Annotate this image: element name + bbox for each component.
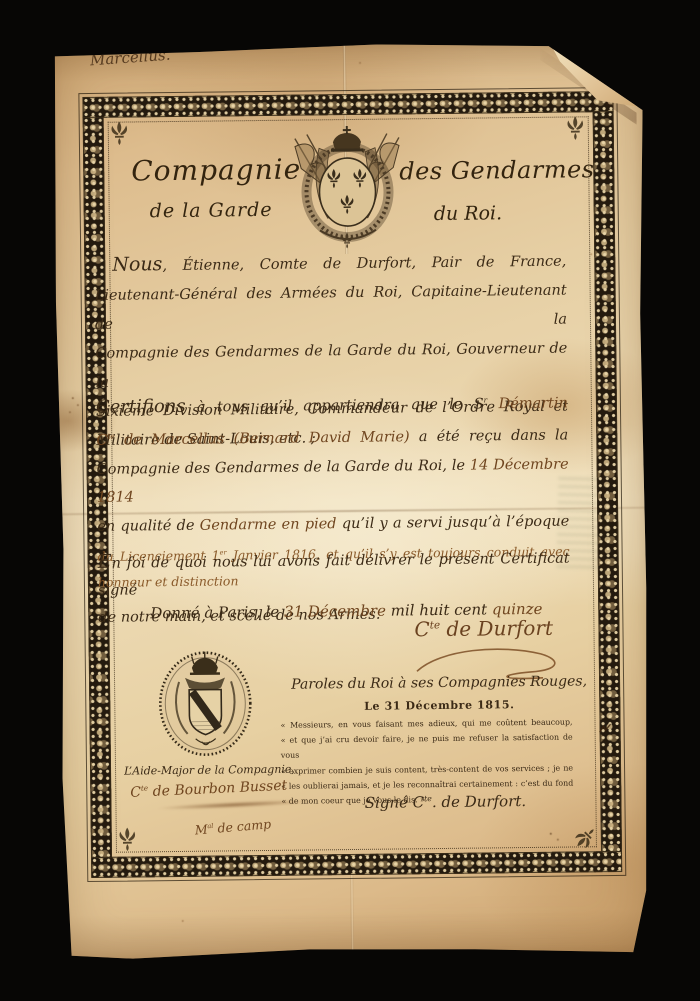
fleur-de-lis-icon bbox=[565, 115, 586, 140]
document-paper: Marcellus. bbox=[52, 39, 652, 962]
title-des-gendarmes: des Gendarmes bbox=[399, 155, 595, 185]
title-de-la-garde: de la Garde bbox=[150, 199, 273, 222]
title-du-roi: du Roi. bbox=[434, 202, 503, 225]
text-line: En foi de quoi nous lui avons fait déliv… bbox=[98, 544, 571, 605]
border-strip-top bbox=[82, 91, 613, 118]
durfort-signature: Cte de Durfort bbox=[414, 616, 553, 642]
handwritten-name: Démartin bbox=[487, 395, 568, 412]
owner-inscription: Marcellus. bbox=[89, 46, 171, 70]
handwritten-day: 31 Décembre bbox=[284, 602, 386, 621]
text-line: Certifions à tous qu’il appartiendra que… bbox=[96, 386, 568, 424]
text-line: Cte de Marcellus (Bernard David Marie) a… bbox=[96, 418, 568, 456]
quote-line: « et que j’ai cru devoir faire, je ne pu… bbox=[281, 730, 573, 764]
ink-specks bbox=[52, 45, 54, 47]
fleur-de-lis-icon bbox=[109, 120, 130, 145]
photo-background: Marcellus. bbox=[0, 0, 700, 1001]
text-line: Compagnie des Gendarmes de la Garde du R… bbox=[96, 450, 569, 512]
lead-word: Nous bbox=[112, 253, 162, 276]
royal-coat-of-arms-icon bbox=[261, 123, 435, 259]
handwritten-rank: Gendarme en pied bbox=[200, 516, 337, 534]
armorial-seal-icon bbox=[155, 641, 256, 760]
lead-word: Certifions bbox=[96, 396, 186, 418]
aide-major-label: L’Aide-Major de la Compagnie, bbox=[124, 763, 295, 778]
text-line: Lieutenant-Général des Armées du Roi, Ca… bbox=[95, 277, 568, 340]
ink-mark bbox=[598, 723, 614, 735]
border-strip-bottom bbox=[91, 851, 622, 878]
fleur-de-lis-icon bbox=[117, 826, 138, 851]
border-strip-right bbox=[593, 111, 622, 852]
handwritten-name: C bbox=[96, 433, 107, 449]
title-compagnie: Compagnie bbox=[131, 153, 301, 188]
signed-line: Signé Cte. de Durfort. bbox=[295, 791, 595, 812]
